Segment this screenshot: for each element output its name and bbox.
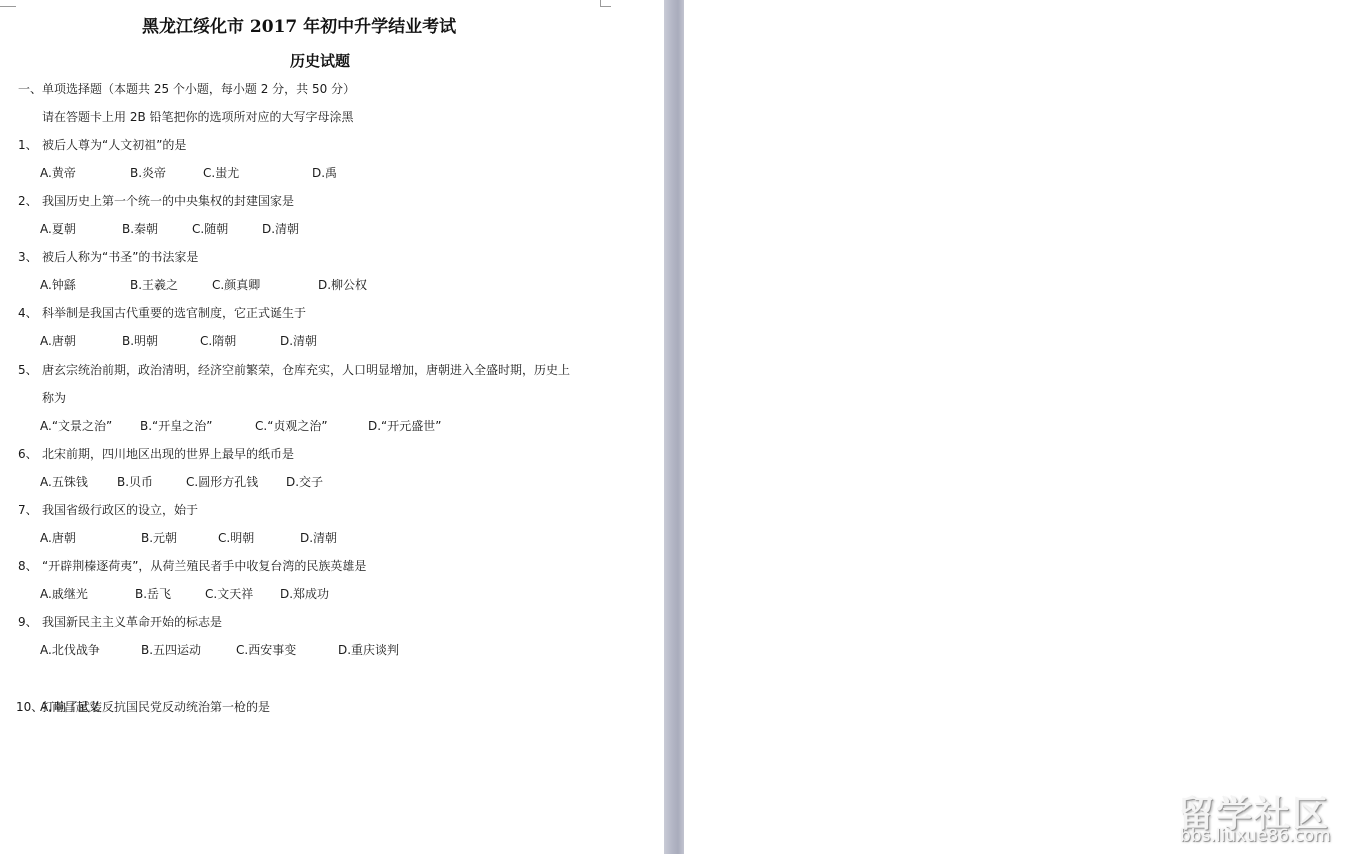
option-a: A.黄帝 (40, 166, 76, 180)
question-number: 9、 (18, 615, 38, 629)
option-d: D.郑成功 (280, 587, 329, 601)
option-b: B.元朝 (141, 531, 177, 545)
option-a: A.夏朝 (40, 222, 76, 236)
question-stem: 我国历史上第一个统一的中央集权的封建国家是 (42, 194, 294, 208)
option-d: D.柳公权 (318, 278, 367, 292)
question-number: 1、 (18, 138, 38, 152)
question-stem: 科举制是我国古代重要的选官制度，它正式诞生于 (42, 306, 306, 320)
option-b: B.秦朝 (122, 222, 158, 236)
option-a: A.唐朝 (40, 531, 76, 545)
page-corner-mark (600, 0, 611, 7)
option-b: B.明朝 (122, 334, 158, 348)
option-c: C.文天祥 (205, 587, 253, 601)
option-b: B.贝币 (117, 475, 153, 489)
question-stem: 被后人尊为“人文初祖”的是 (42, 138, 186, 152)
question-number: 6、 (18, 447, 38, 461)
option-a: A.唐朝 (40, 334, 76, 348)
question-stem: 我国省级行政区的设立，始于 (42, 503, 198, 517)
page-corner-mark (0, 0, 16, 7)
section-heading: 一、单项选择题（本题共 25 个小题，每小题 2 分，共 50 分） (18, 82, 355, 96)
option-d: D.重庆谈判 (338, 643, 399, 657)
option-c: C.明朝 (218, 531, 254, 545)
watermark-url: bbs.liuxue86.com (1180, 826, 1331, 846)
option-c: C.圆形方孔钱 (186, 475, 258, 489)
question-number: 4、 (18, 306, 38, 320)
option-b: B.炎帝 (130, 166, 166, 180)
option-b: B.“开皇之治” (140, 419, 212, 433)
option-c: C.蚩尤 (203, 166, 239, 180)
option-c: C.“贞观之治” (255, 419, 328, 433)
option-c: C.随朝 (192, 222, 228, 236)
option-d: D.“开元盛世” (368, 419, 442, 433)
option-b: B.王羲之 (130, 278, 178, 292)
option-a: A.北伐战争 (40, 643, 100, 657)
option-c: C.西安事变 (236, 643, 296, 657)
option-a: A.戚继光 (40, 587, 88, 601)
option-c: C.颜真卿 (212, 278, 260, 292)
question-stem: “开辟荆榛逐荷夷”，从荷兰殖民者手中收复台湾的民族英雄是 (42, 559, 366, 573)
question-stem: 我国新民主主义革命开始的标志是 (42, 615, 222, 629)
option-d: D.清朝 (262, 222, 299, 236)
question-stem-line2: 称为 (42, 391, 66, 405)
watermark: 留学社区 bbs.liuxue86.com (1178, 786, 1338, 846)
option-d: D.交子 (286, 475, 323, 489)
question-number: 5、 (18, 363, 38, 377)
option-d: D.禹 (312, 166, 337, 180)
document-page-right (684, 0, 1345, 854)
exam-title: 黑龙江绥化市 2017 年初中升学结业考试 (142, 12, 456, 37)
option-a: A.南昌起义 (40, 700, 100, 714)
question-stem: 被后人称为“书圣”的书法家是 (42, 250, 198, 264)
instruction-text: 请在答题卡上用 2B 铅笔把你的选项所对应的大写字母涂黑 (42, 110, 354, 124)
question-number: 2、 (18, 194, 38, 208)
question-stem: 北宋前期，四川地区出现的世界上最早的纸币是 (42, 447, 294, 461)
question-number: 7、 (18, 503, 38, 517)
option-a: A.钟繇 (40, 278, 76, 292)
exam-subtitle: 历史试题 (290, 50, 350, 71)
page-gutter (664, 0, 684, 854)
option-d: D.清朝 (300, 531, 337, 545)
option-a: A.“文景之治” (40, 419, 112, 433)
question-stem: 唐玄宗统治前期，政治清明，经济空前繁荣，仓库充实，人口明显增加，唐朝进入全盛时期… (42, 363, 570, 377)
question-number: 3、 (18, 250, 38, 264)
document-page-left: 黑龙江绥化市 2017 年初中升学结业考试 历史试题 一、单项选择题（本题共 2… (0, 0, 664, 854)
option-d: D.清朝 (280, 334, 317, 348)
option-b: B.岳飞 (135, 587, 171, 601)
option-c: C.隋朝 (200, 334, 236, 348)
option-a: A.五铢钱 (40, 475, 88, 489)
option-b: B.五四运动 (141, 643, 201, 657)
question-number: 8、 (18, 559, 38, 573)
